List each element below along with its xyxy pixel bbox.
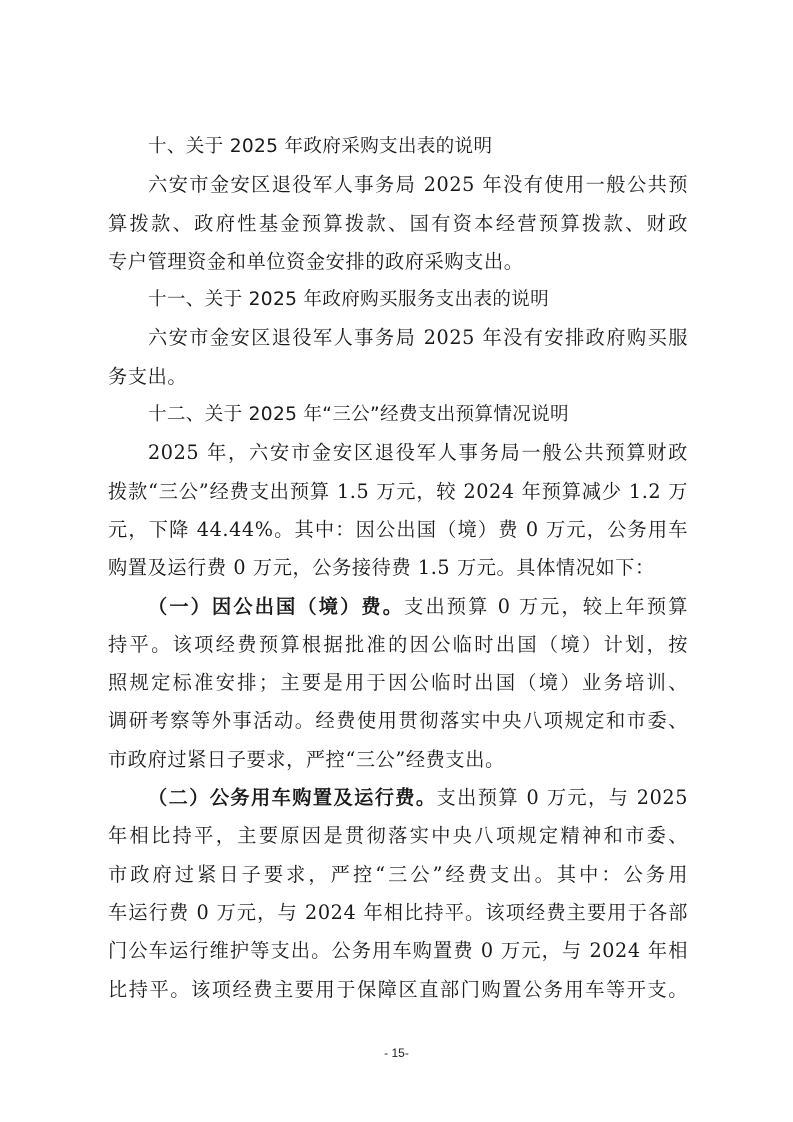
paragraph-line: 算拨款、政府性基金预算拨款、国有资本经营预算拨款、财政 (108, 205, 688, 243)
subsection-title-1: （一）因公出国（境）费。 (148, 595, 404, 618)
paragraph-line: 元，下降 44.44%。其中：因公出国（境）费 0 万元，公务用车 (108, 511, 688, 549)
paragraph-line: 六安市金安区退役军人事务局 2025 年没有使用一般公共预 (108, 166, 688, 204)
section-heading-10: 十、关于 2025 年政府采购支出表的说明 (108, 128, 688, 166)
paragraph-line: 六安市金安区退役军人事务局 2025 年没有安排政府购买服 (108, 319, 688, 357)
subsection-text: 支出预算 0 万元，较上年预算 (404, 595, 688, 618)
paragraph-line: 门公车运行维护等支出。公务用车购置费 0 万元，与 2024 年相 (108, 932, 688, 970)
paragraph-line: 比持平。该项经费主要用于保障区直部门购置公务用车等开支。 (108, 971, 688, 1009)
subsection-title-2: （二）公务用车购置及运行费。 (148, 786, 437, 809)
subsection-first-line: （一）因公出国（境）费。支出预算 0 万元，较上年预算 (108, 588, 688, 626)
document-page: 十、关于 2025 年政府采购支出表的说明 六安市金安区退役军人事务局 2025… (108, 128, 688, 1009)
paragraph-line: 2025 年，六安市金安区退役军人事务局一般公共预算财政 (108, 434, 688, 472)
subsection-text: 支出预算 0 万元，与 2025 (437, 786, 688, 809)
section-heading-12: 十二、关于 2025 年“三公”经费支出预算情况说明 (108, 396, 688, 434)
section-heading-11: 十一、关于 2025 年政府购买服务支出表的说明 (108, 281, 688, 319)
paragraph-line: 市政府过紧日子要求，严控“三公”经费支出。其中：公务用 (108, 856, 688, 894)
paragraph-line: 购置及运行费 0 万元，公务接待费 1.5 万元。具体情况如下： (108, 549, 688, 587)
paragraph-line: 持平。该项经费预算根据批准的因公临时出国（境）计划，按 (108, 626, 688, 664)
paragraph-line: 照规定标准安排；主要是用于因公临时出国（境）业务培训、 (108, 664, 688, 702)
subsection-first-line: （二）公务用车购置及运行费。支出预算 0 万元，与 2025 (108, 779, 688, 817)
paragraph-line: 调研考察等外事活动。经费使用贯彻落实中央八项规定和市委、 (108, 702, 688, 740)
paragraph-line: 车运行费 0 万元，与 2024 年相比持平。该项经费主要用于各部 (108, 894, 688, 932)
page-number: - 15- (0, 1046, 793, 1060)
paragraph-line: 专户管理资金和单位资金安排的政府采购支出。 (108, 243, 688, 281)
paragraph-line: 市政府过紧日子要求，严控“三公”经费支出。 (108, 741, 688, 779)
paragraph-line: 务支出。 (108, 358, 688, 396)
paragraph-line: 年相比持平，主要原因是贯彻落实中央八项规定精神和市委、 (108, 817, 688, 855)
paragraph-line: 拨款“三公”经费支出预算 1.5 万元，较 2024 年预算减少 1.2 万 (108, 473, 688, 511)
